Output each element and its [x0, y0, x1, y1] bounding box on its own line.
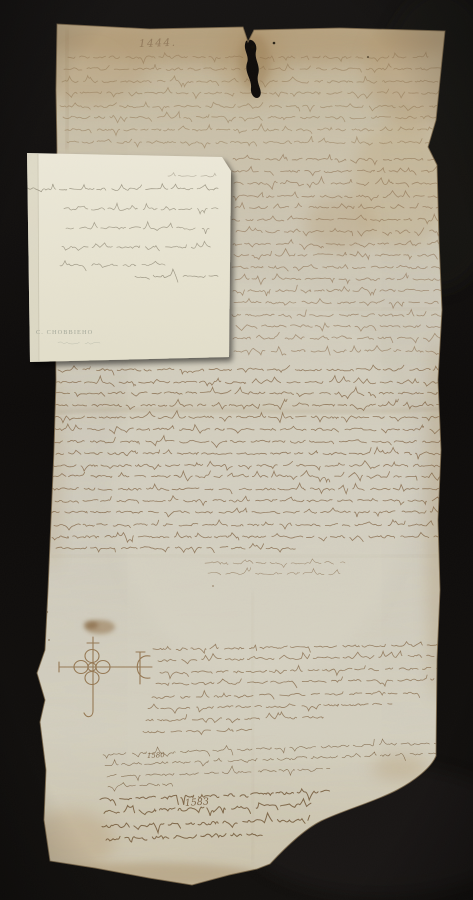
photo-of-parchment-charter: 1444. 15801583 C. CHOBBIEHO: [0, 0, 473, 900]
scene-svg: 1444. 15801583 C. CHOBBIEHO: [0, 0, 473, 900]
photo-vignette: [0, 0, 473, 900]
